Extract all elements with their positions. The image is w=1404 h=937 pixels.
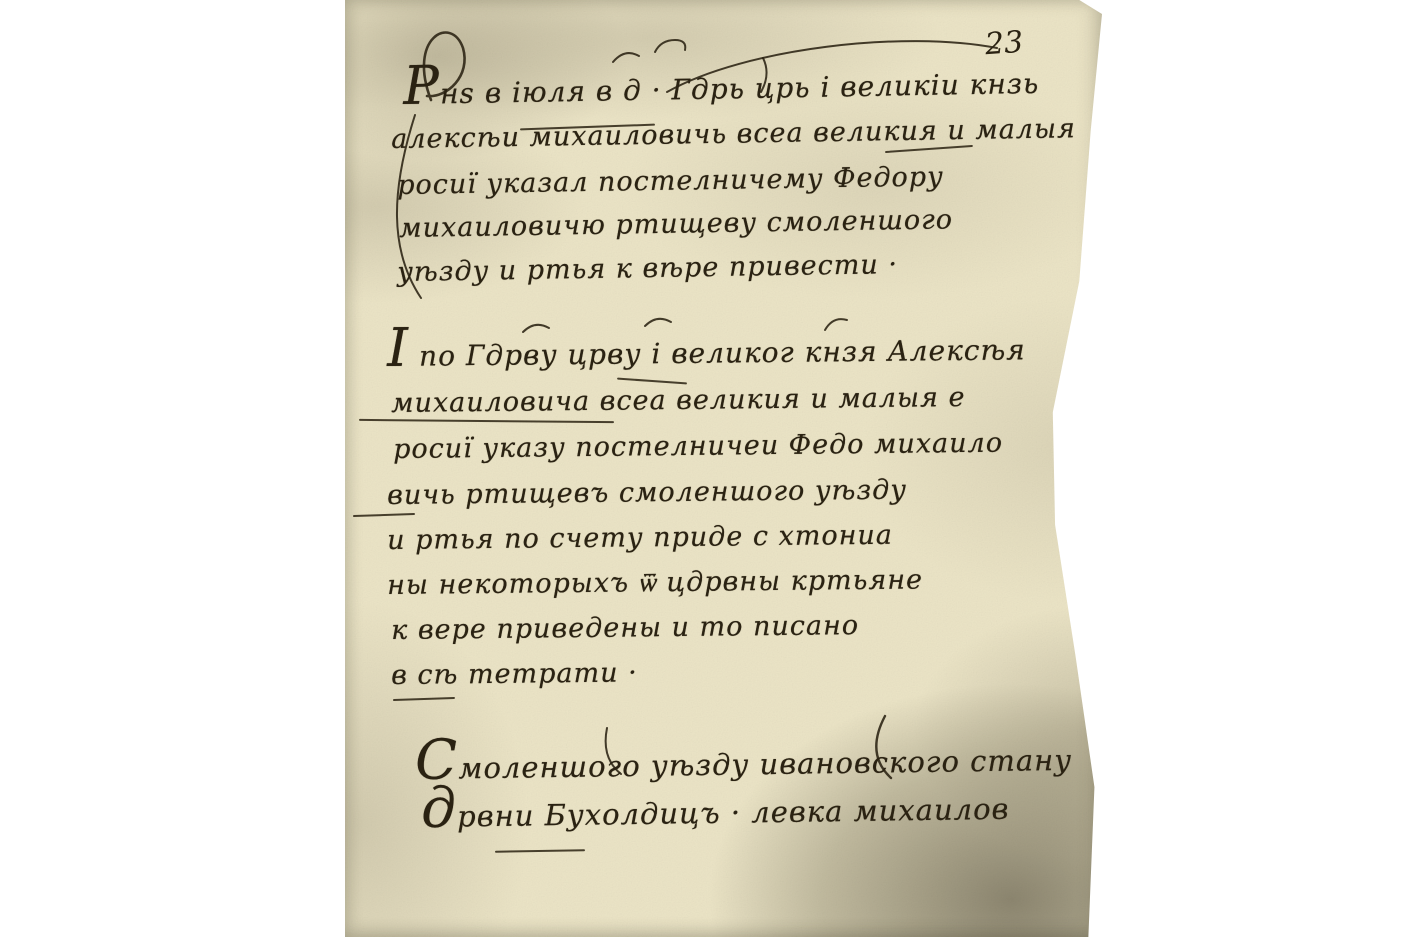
text-line: и ртья по счету приде с хтониа [387,520,893,556]
text-line: Рнѕ в іюля в д · Гдрь црь і великіи кнзь [403,67,1040,111]
text-line: дрвни Бухолдицъ · левка михаилов [421,792,1010,834]
underline-stroke [495,849,585,853]
underline-stroke [617,378,687,385]
text-line: І по Гдрву црву і великог кнзя Алексѣя [387,333,1026,373]
text-line: в сѣ тетрати · [391,657,638,691]
underline-stroke [353,513,415,518]
manuscript-photo: 23 Рнѕ в іюля в д · Гдрь црь і великіи к… [0,0,1404,937]
text-line: вичь ртищевъ смоленшого уѣзду [387,475,907,511]
page-number: 23 [984,25,1025,63]
text-line: к вере приведены и то писано [391,610,859,646]
text-line: росиї указу постелничеи Федо михаило [393,428,1003,465]
text-line: ны некоторыхъ ѿ цдрвны кртьяне [387,564,923,601]
text-line: алексѣи михаиловичь всеа великия и малыя [391,113,1076,155]
underline-stroke [393,697,455,702]
text-line: михаиловича всеа великия и малыя е [391,382,966,419]
manuscript-page: 23 Рнѕ в іюля в д · Гдрь црь і великіи к… [345,0,1102,937]
text-line: росиї указал постелничему Федору [397,161,944,201]
text-line: уѣзду и ртья к вѣре привести · [397,249,898,288]
text-line: михаиловичю ртищеву смоленшого [399,204,953,244]
text-line: Смоленшого уѣзду ивановского стану [415,743,1072,786]
underline-stroke [359,419,614,424]
